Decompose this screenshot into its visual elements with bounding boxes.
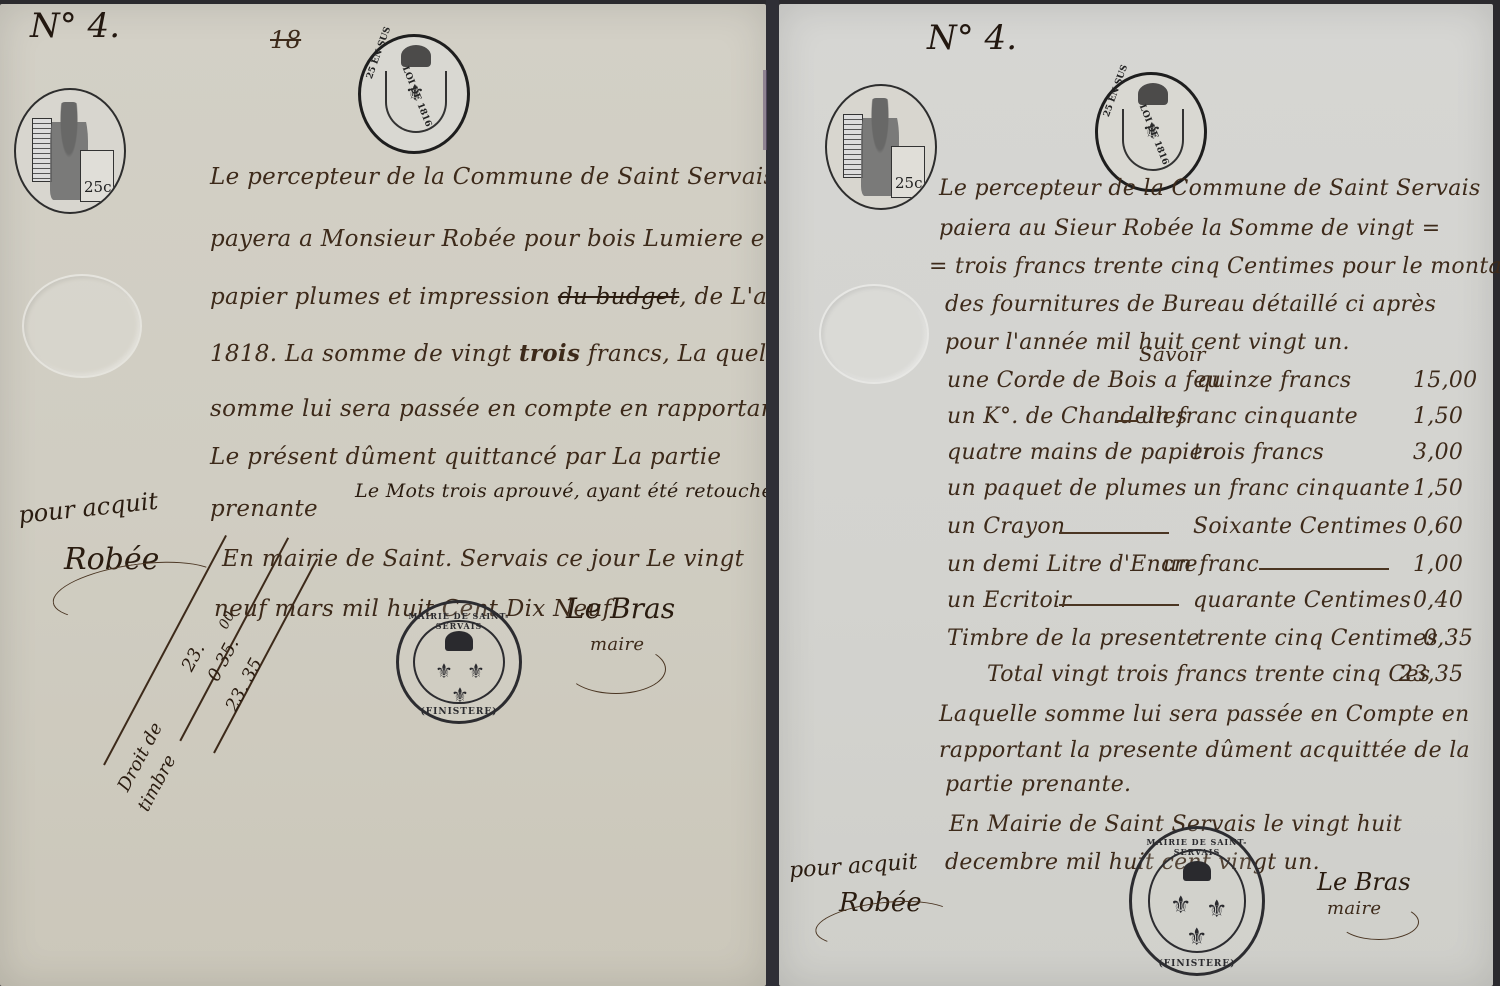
item-amount: 3,00 [1413,440,1463,465]
stamp-bottom-text: (FINISTERE) [399,707,519,717]
struck-text: du budget [558,284,679,310]
overwritten-word: trois [519,340,580,367]
approval-note: Le Mots trois aprouvé, ayant été retouch… [355,480,773,502]
item-description: un demi Litre d'Encre [947,552,1198,577]
item-amount-words: un franc [1163,552,1259,577]
leader-line [1117,420,1137,422]
item-amount: 15,00 [1413,368,1477,393]
item-amount: 1,00 [1413,552,1463,577]
mairie-stamp-icon: MAIRIE DE SAINT-SERVAIS ⚜ ⚜ ⚜ (FINISTERE… [396,600,522,724]
body-line-2: payera a Monsieur Robée pour bois Lumier… [210,226,818,252]
item-amount-words: quinze francs [1197,368,1352,393]
item-amount: 0,40 [1413,588,1463,613]
leader-line [1059,532,1169,534]
mayor-signature: Le Bras [566,592,675,625]
total-line: Total vingt trois francs trente cinq Ces [987,662,1430,687]
right-document-page: N° 4. 25c 25 EN SUS LOI DE 1816 ⚜ Le per… [779,4,1493,986]
item-amount: 1,50 [1413,476,1463,501]
leader-line [1059,604,1179,606]
item-amount-words: un franc cinquante [1193,476,1410,501]
item-amount: 0,60 [1413,514,1463,539]
item-amount-words: quarante Centimes [1193,588,1411,613]
body-line-4: 1818. La somme de vingt trois francs, La… [210,340,788,367]
crossed-mark: 18 [270,26,301,54]
item-description: un Crayon [947,514,1065,539]
body-line-3: papier plumes et impression du budget, d… [210,284,825,310]
body-line-6: Le présent dûment quittancé par La parti… [210,444,721,470]
tax-stamp-value: 25c [895,174,923,192]
intro-line-4: des fournitures de Bureau détaillé ci ap… [945,292,1436,317]
total-amount: 23,35 [1399,662,1463,687]
closing-line-1: Laquelle somme lui sera passée en Compte… [939,702,1469,727]
item-amount: 1,50 [1413,404,1463,429]
mayor-flourish [566,644,666,694]
page-edge-shadow [763,70,767,150]
document-number: N° 4. [30,6,120,46]
crown-fleur-de-lis-stamp-icon: 25 EN SUS LOI DE 1816 ⚜ [1095,72,1207,192]
item-amount-words: trois francs [1193,440,1324,465]
margin-amount: 23. [177,640,209,675]
body-line-8: En mairie de Saint. Servais ce jour Le v… [222,546,744,572]
item-amount-words: trente cinq Centimes [1197,626,1438,651]
receipt-note: pour acquit [17,487,159,530]
item-amount: 0,35 [1423,626,1473,651]
item-description: un paquet de plumes [947,476,1187,501]
crown-fleur-de-lis-stamp-icon: 25 EN SUS LOI DE 1816 ⚜ [358,34,470,154]
tax-stamp-figure-icon: 25c [14,88,126,214]
receipt-note: pour acquit [788,850,918,884]
intro-line-1: Le percepteur de la Commune de Saint Ser… [939,176,1481,201]
item-description: quatre mains de papier [947,440,1214,465]
tax-stamp-value: 25c [84,178,112,196]
item-amount-words: un franc cinquante [1141,404,1358,429]
mayor-flourish [1339,904,1419,940]
signature-flourish [813,895,957,953]
item-description: Timbre de la presente [947,626,1200,651]
embossed-seal-icon [22,274,142,378]
left-document-page: N° 4. 18 25c 25 EN SUS LOI DE 1816 ⚜ Le … [0,4,766,986]
mairie-stamp-icon: MAIRIE DE SAINT-SERVAIS ⚜ ⚜ ⚜ (FINISTERE… [1129,826,1265,976]
item-description: une Corde de Bois a feu [947,368,1221,393]
body-line-7: prenante [210,496,318,522]
item-amount-words: Soixante Centimes [1193,514,1407,539]
embossed-seal-icon [819,284,929,384]
tax-stamp-figure-icon: 25c [825,84,937,210]
closing-line-2: rapportant la presente dûment acquittée … [939,738,1470,763]
section-heading: Savoir [1139,342,1206,366]
document-number: N° 4. [927,18,1017,58]
mayor-signature: Le Bras [1317,868,1411,896]
item-description: un Ecritoir [947,588,1071,613]
body-line-1: Le percepteur de la Commune de Saint Ser… [210,164,776,190]
leader-line [1259,568,1389,570]
body-line-5: somme lui sera passée en compte en rappo… [210,396,785,422]
intro-line-3: = trois francs trente cinq Centimes pour… [929,254,1500,279]
closing-line-3: partie prenante. [945,772,1131,797]
intro-line-2: paiera au Sieur Robée la Somme de vingt … [939,216,1440,241]
page-gutter [766,0,779,986]
stamp-bottom-text: (FINISTERE) [1132,959,1262,969]
